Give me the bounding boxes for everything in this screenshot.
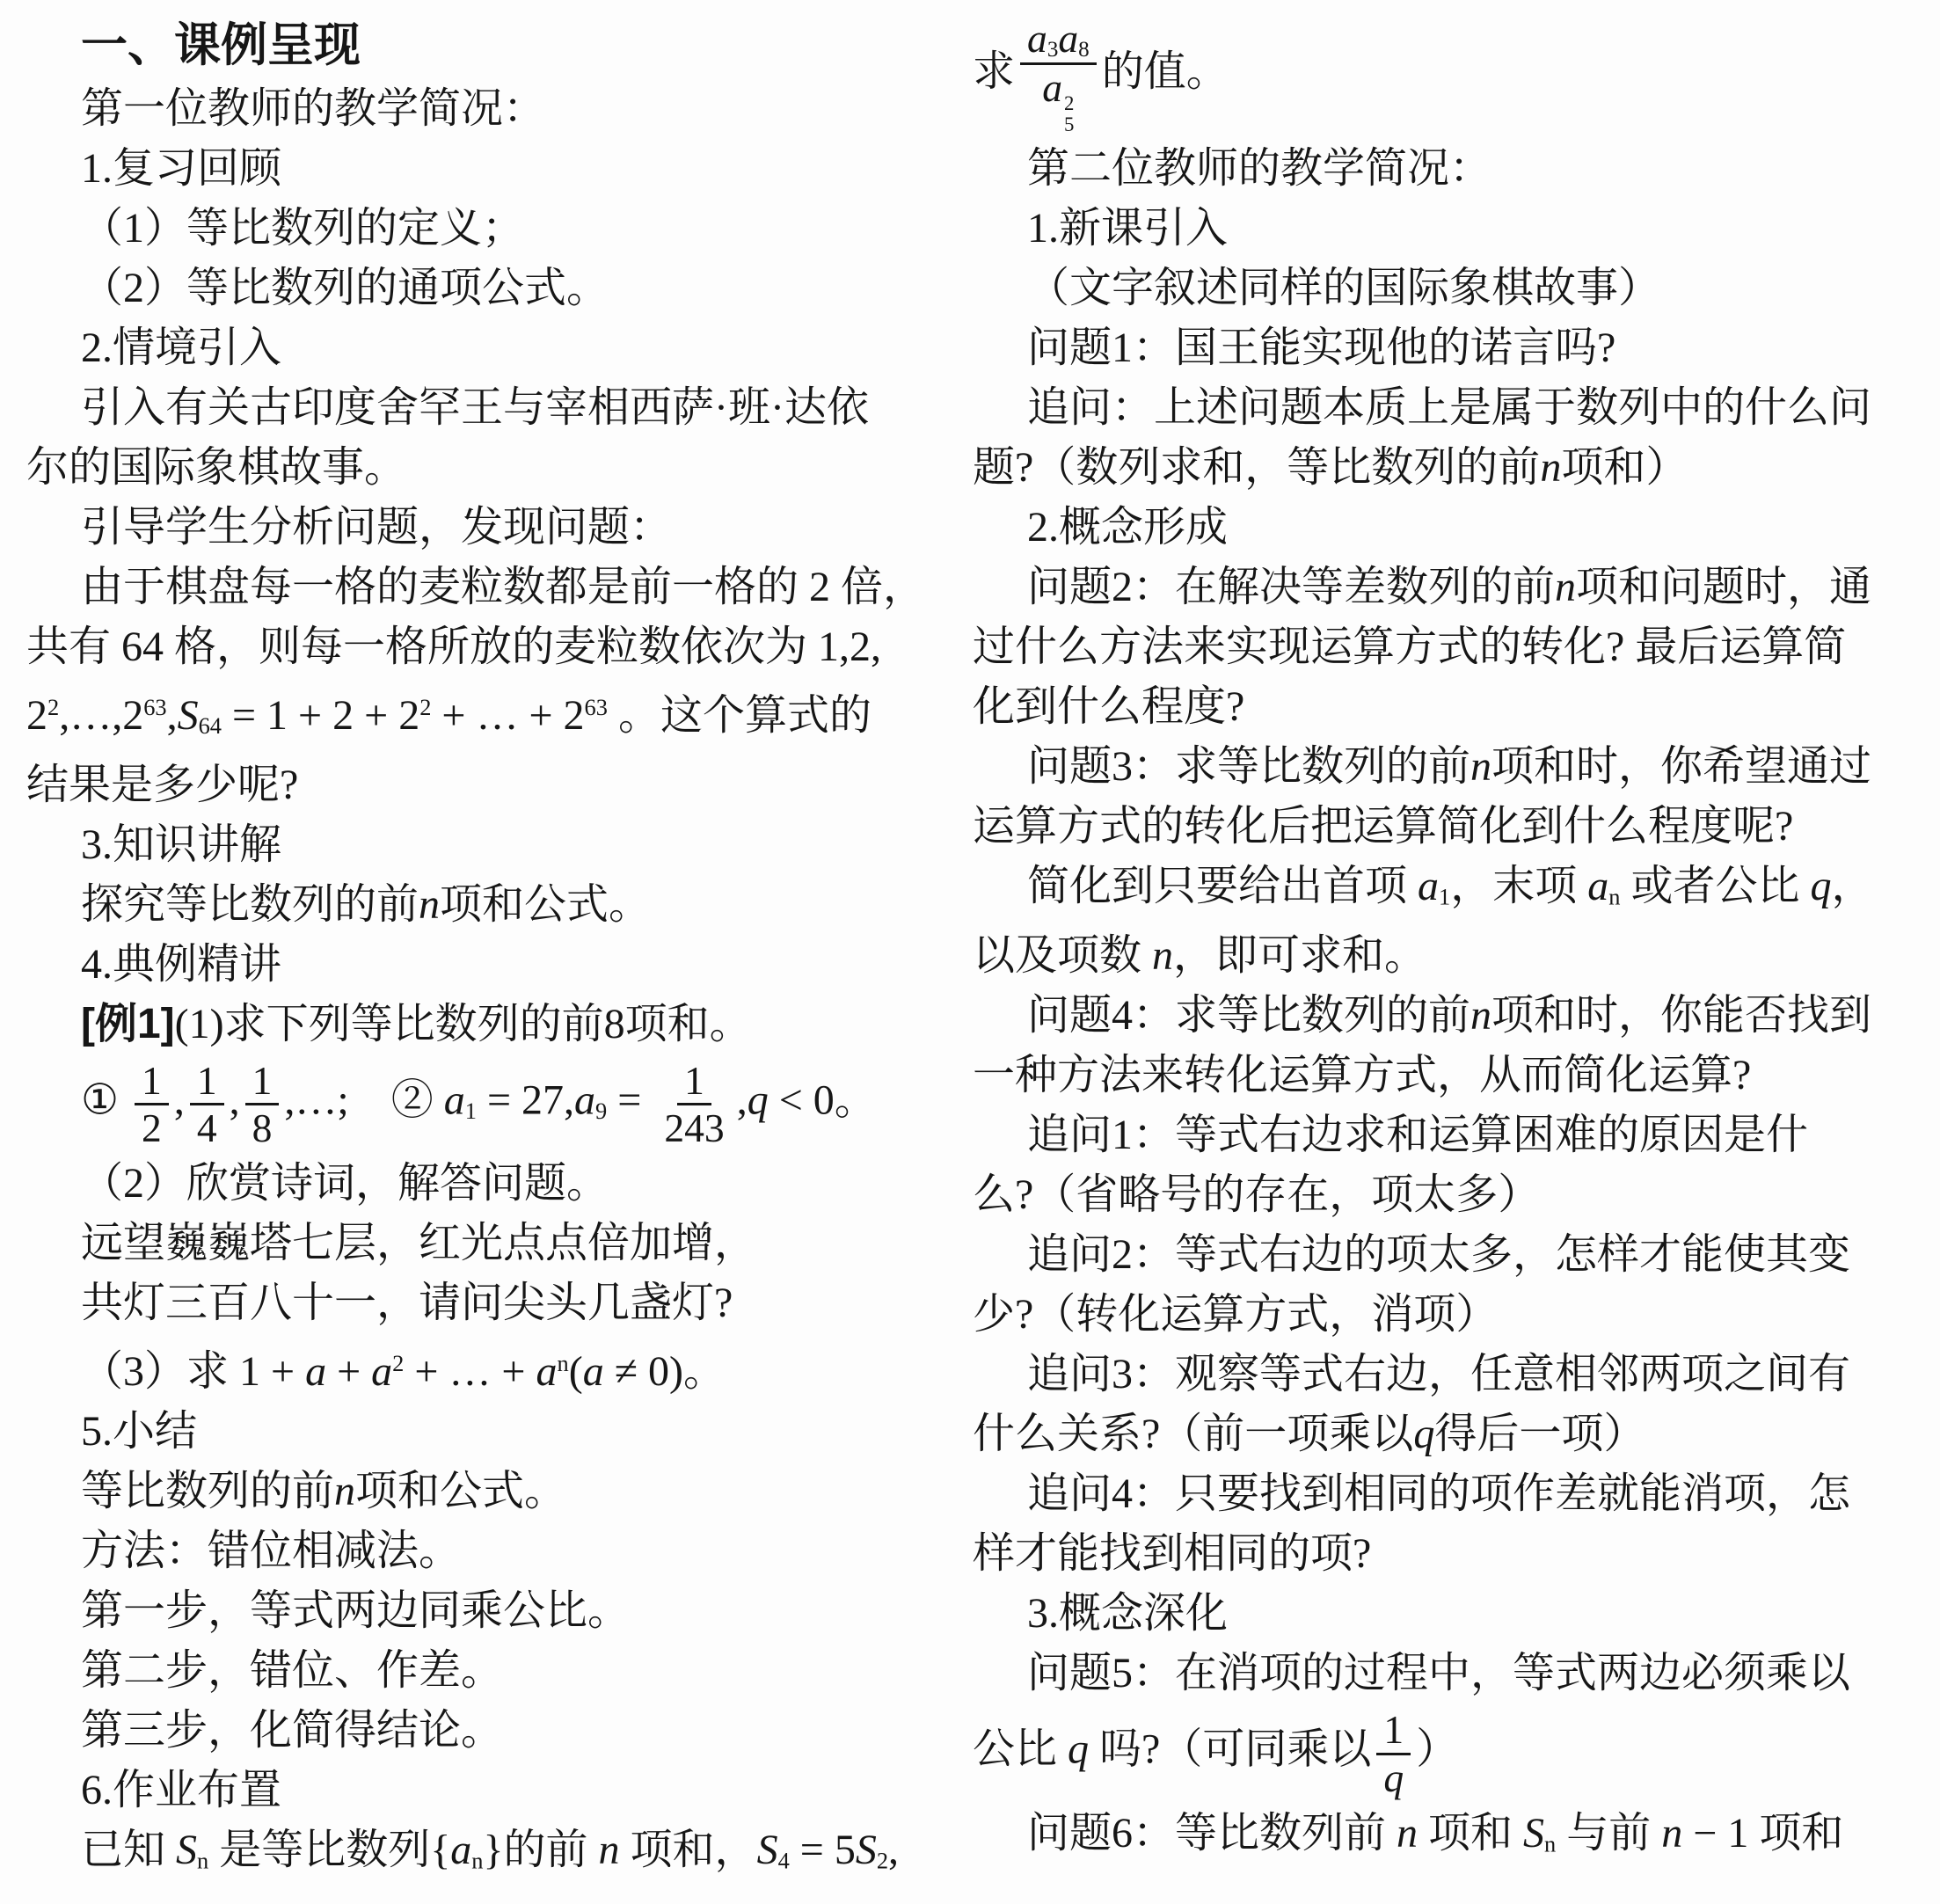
math-variable: a (1027, 16, 1047, 61)
fraction-numerator: 1 (677, 1058, 711, 1105)
fraction-denominator: 8 (245, 1105, 280, 1150)
math-variable: a (583, 1348, 604, 1395)
text-line: 以及项数 n，即可求和。 (973, 926, 1933, 986)
text-run: 1 (684, 1058, 704, 1103)
text-run: 。这个算式的 (608, 692, 872, 739)
text-line: 么?（省略号的存在，项太多） (973, 1165, 1933, 1225)
text-run: 的值。 (1102, 48, 1229, 95)
text-run: ，末项 (1450, 863, 1587, 909)
text-run: 等比数列的前 (81, 1468, 334, 1514)
text-line: 引入有关古印度舍罕王与宰相西萨·班·达依 (26, 378, 948, 438)
text-run: < 0。 (769, 1077, 877, 1124)
text-run: 第一位教师的教学简况： (81, 85, 545, 132)
text-line: 问题4：求等比数列的前n项和时，你能否找到 (973, 986, 1933, 1046)
text-run: （2）等比数列的通项公式。 (81, 265, 609, 311)
text-line: （2）欣赏诗词，解答问题。 (26, 1154, 948, 1214)
text-run: = 5 (790, 1827, 856, 1873)
math-variable: a (371, 1348, 392, 1395)
text-run: 项和时，你希望通过 (1491, 743, 1871, 790)
text-run: } (483, 1827, 503, 1873)
text-run: 8 (252, 1105, 273, 1150)
math-variable: n (1470, 743, 1491, 790)
text-line: 问题6：等比数列前 n 项和 Sn 与前 n − 1 项和 (973, 1804, 1933, 1873)
math-variable: n (419, 881, 440, 928)
text-line: 化到什么程度? (973, 677, 1933, 737)
superscript: n (558, 1350, 569, 1376)
text-line: [例1](1)求下列等比数列的前8项和。 (26, 995, 948, 1054)
text-run: 第二位教师的教学简况： (1027, 145, 1491, 192)
text-line: 少?（转化运算方式，消项） (973, 1285, 1933, 1345)
text-run: 追问：上述问题本质上是属于数列中的什么问 (1027, 384, 1871, 431)
text-run: 一种方法来转化运算方式，从而简化运算? (973, 1052, 1751, 1098)
text-run: 探究等比数列的前 (81, 881, 419, 928)
text-run: 以及项数 (973, 932, 1152, 979)
text-run: ① (81, 1077, 129, 1124)
text-line: 过什么方法来实现运算方式的转化? 最后运算简 (973, 617, 1933, 677)
text-line: 第二步，错位、作差。 (26, 1641, 948, 1701)
text-run: 3.概念深化 (1027, 1590, 1228, 1637)
subscript: 2 (877, 1847, 888, 1873)
text-run: 243 (664, 1105, 724, 1150)
text-run: 样才能找到相同的项? (973, 1530, 1371, 1577)
text-line: 第二位教师的教学简况： (973, 139, 1933, 199)
superscript: 2 (419, 694, 431, 720)
fraction: 1q (1376, 1707, 1411, 1799)
math-variable: n (1555, 564, 1576, 610)
math-variable: n (599, 1827, 620, 1873)
math-variable: S (1523, 1810, 1544, 1857)
text-run: 第二步，错位、作差。 (81, 1647, 503, 1694)
fraction: 12 (135, 1058, 169, 1150)
text-run: 4 (197, 1105, 217, 1150)
text-line: 简化到只要给出首项 a1，末项 an 或者公比 q， (973, 857, 1933, 926)
section-heading: 一、课例呈现 (26, 12, 948, 79)
text-run: （文字叙述同样的国际象棋故事） (1027, 265, 1660, 311)
text-run: 么?（省略号的存在，项太多） (973, 1171, 1540, 1218)
superscript: 63 (143, 694, 166, 720)
math-variable: S (757, 1827, 778, 1873)
subscript: n (197, 1847, 208, 1873)
math-variable: q (1413, 1411, 1434, 1457)
text-line: 由于棋盘每一格的麦粒数都是前一格的 2 倍， (26, 558, 948, 617)
text-run: 方法：错位相减法。 (81, 1528, 461, 1574)
subscript: 9 (595, 1098, 607, 1124)
text-run: 引入有关古印度舍罕王与宰相西萨·班·达依 (81, 384, 869, 431)
text-line: 公比 q 吗?（可同乘以1q） (973, 1703, 1933, 1803)
text-run: 2 (26, 692, 47, 739)
subscript: n (471, 1847, 483, 1873)
text-line: 6.作业布置 (26, 1761, 948, 1820)
text-run: （3）求 1 + (81, 1348, 305, 1395)
text-line: 方法：错位相减法。 (26, 1521, 948, 1581)
text-run: 吗?（可同乘以 (1089, 1726, 1371, 1773)
text-run: 1.复习回顾 (81, 145, 281, 192)
text-run: 3.知识讲解 (81, 821, 281, 868)
text-line: 已知 Sn 是等比数列{an}的前 n 项和，S4 = 5S2, (26, 1820, 948, 1890)
text-line: 3.知识讲解 (26, 815, 948, 875)
text-run: 项和公式。 (440, 881, 651, 928)
text-line: 第一位教师的教学简况： (26, 79, 948, 139)
math-variable: a (305, 1348, 326, 1395)
text-line: ① 12,14,18,…; ② a1 = 27,a9 = 1243,q < 0。 (26, 1054, 948, 1154)
text-run: 项和时，你能否找到 (1491, 992, 1871, 1039)
text-run: 求 (973, 48, 1015, 95)
text-run: 1 (197, 1058, 217, 1103)
text-line: 尔的国际象棋故事。 (26, 438, 948, 498)
text-run: （1）等比数列的定义； (81, 205, 524, 252)
text-line: 题?（数列求和，等比数列的前n项和） (973, 438, 1933, 498)
fraction-numerator: 1 (1376, 1707, 1411, 1754)
text-run: ,…,2 (59, 692, 143, 739)
math-variable: q (748, 1077, 769, 1124)
text-run: 公比 (973, 1726, 1068, 1773)
math-variable: q (1810, 863, 1831, 909)
math-variable: n (1661, 1810, 1682, 1857)
bold-run: [例1] (81, 1001, 175, 1047)
subscript: 1 (1439, 883, 1450, 909)
text-run: 追问3：观察等式右边，任意相邻两项之间有 (1027, 1351, 1850, 1397)
text-run: 追问2：等式右边的项太多，怎样才能使其变 (1027, 1231, 1850, 1278)
text-line: 问题3：求等比数列的前n项和时，你希望通过 (973, 737, 1933, 797)
math-variable: a (450, 1827, 471, 1873)
text-line: 问题1：国王能实现他的诺言吗? (973, 318, 1933, 378)
text-line: 等比数列的前n项和公式。 (26, 1462, 948, 1521)
text-line: 第三步，化简得结论。 (26, 1701, 948, 1761)
text-run: 化到什么程度? (973, 683, 1244, 730)
text-run: 追问1：等式右边求和运算困难的原因是什 (1027, 1112, 1808, 1158)
text-run: 第一步，等式两边同乘公比。 (81, 1587, 630, 1634)
text-line: 追问：上述问题本质上是属于数列中的什么问 (973, 378, 1933, 438)
fraction: 14 (190, 1058, 224, 1150)
math-variable: a (574, 1077, 595, 1124)
text-run: 引导学生分析问题，发现问题： (81, 504, 672, 551)
text-run: 项和， (620, 1827, 757, 1873)
text-run: + … + (404, 1348, 536, 1395)
text-run: 1 (1383, 1707, 1404, 1752)
text-run: 什么关系?（前一项乘以 (973, 1411, 1413, 1457)
left-column: 一、课例呈现第一位教师的教学简况：1.复习回顾（1）等比数列的定义；（2）等比数… (26, 12, 948, 1890)
text-run: 运算方式的转化后把运算简化到什么程度呢? (973, 803, 1793, 850)
fraction-numerator: 1 (190, 1058, 224, 1105)
text-run: 2.概念形成 (1027, 504, 1228, 551)
text-line: 运算方式的转化后把运算简化到什么程度呢? (973, 797, 1933, 857)
text-line: 追问1：等式右边求和运算困难的原因是什 (973, 1105, 1933, 1165)
text-line: （2）等比数列的通项公式。 (26, 259, 948, 318)
math-variable: a (1587, 863, 1608, 909)
fraction: a3a8a25 (1020, 16, 1097, 135)
text-run: 的前 (504, 1827, 599, 1873)
text-line: 共灯三百八十一，请问尖头几盏灯? (26, 1273, 948, 1333)
text-line: 3.概念深化 (973, 1584, 1933, 1644)
subscript: 1 (465, 1098, 477, 1124)
text-run: ， (1831, 863, 1873, 909)
text-line: 2.概念形成 (973, 498, 1933, 558)
text-line: 问题5：在消项的过程中，等式两边必须乘以 (973, 1644, 1933, 1703)
text-run: 项和） (1561, 444, 1688, 491)
text-line: 1.新课引入 (973, 199, 1933, 259)
fraction-denominator: 243 (657, 1105, 731, 1150)
text-run: 问题5：在消项的过程中，等式两边必须乘以 (1027, 1650, 1850, 1696)
text-run: , (174, 1077, 185, 1124)
text-line: 共有 64 格，则每一格所放的麦粒数依次为 1,2, (26, 617, 948, 677)
text-line: 22,…,263,S64 = 1 + 2 + 22 + … + 263 。这个算… (26, 677, 948, 755)
text-run: 是等比数列 (208, 1827, 430, 1873)
sub-sup-stack: 25 (1064, 93, 1074, 135)
subscript: 4 (778, 1847, 790, 1873)
text-run: 项和 (1418, 1810, 1523, 1857)
fraction-numerator: 1 (245, 1058, 280, 1105)
math-variable: n (334, 1468, 355, 1514)
right-column: 求a3a8a25的值。第二位教师的教学简况：1.新课引入（文字叙述同样的国际象棋… (973, 12, 1933, 1890)
math-variable: n (1470, 992, 1491, 1039)
text-run: 5.小结 (81, 1408, 197, 1455)
math-variable: S (176, 1827, 197, 1873)
text-run: 题?（数列求和，等比数列的前 (973, 444, 1540, 491)
text-line: 结果是多少呢? (26, 755, 948, 815)
text-run: 2.情境引入 (81, 325, 281, 371)
bold-run: 一、课例呈现 (81, 19, 361, 71)
text-line: 第一步，等式两边同乘公比。 (26, 1581, 948, 1641)
text-run: + (326, 1348, 371, 1395)
math-variable: n (1152, 932, 1173, 979)
text-line: 4.典例精讲 (26, 935, 948, 995)
superscript: 2 (47, 694, 59, 720)
fraction-denominator: 4 (190, 1105, 224, 1150)
text-run: 项和问题时，通 (1576, 564, 1871, 610)
text-run: 问题2：在解决等差数列的前 (1027, 564, 1555, 610)
text-run: , (230, 1077, 240, 1124)
text-run: 2 (142, 1105, 162, 1150)
text-run: 尔的国际象棋故事。 (26, 444, 406, 491)
fraction-denominator: q (1376, 1755, 1411, 1800)
superscript: 2 (392, 1350, 404, 1376)
fraction-numerator: 1 (135, 1058, 169, 1105)
text-run: 6.作业布置 (81, 1767, 281, 1813)
text-run: , (888, 1827, 899, 1873)
text-run: （2）欣赏诗词，解答问题。 (81, 1160, 609, 1207)
text-run: 已知 (81, 1827, 176, 1873)
text-run: 共有 64 格，则每一格所放的麦粒数依次为 1,2, (26, 624, 881, 670)
page-body: 一、课例呈现第一位教师的教学简况：1.复习回顾（1）等比数列的定义；（2）等比数… (0, 0, 1940, 1890)
text-run: 由于棋盘每一格的麦粒数都是前一格的 2 倍， (81, 564, 925, 610)
text-line: 探究等比数列的前n项和公式。 (26, 875, 948, 935)
text-line: 样才能找到相同的项? (973, 1524, 1933, 1584)
text-line: 什么关系?（前一项乘以q得后一项） (973, 1404, 1933, 1464)
text-line: 问题2：在解决等差数列的前n项和问题时，通 (973, 558, 1933, 617)
text-run: = 1 + 2 + 2 (222, 692, 419, 739)
math-variable: a (1042, 65, 1062, 110)
text-line: 引导学生分析问题，发现问题： (26, 498, 948, 558)
math-variable: n (1397, 1810, 1418, 1857)
text-line: 追问3：观察等式右边，任意相邻两项之间有 (973, 1345, 1933, 1404)
text-run: , (167, 692, 178, 739)
text-line: （1）等比数列的定义； (26, 199, 948, 259)
text-run: ≠ 0)。 (604, 1348, 726, 1395)
math-variable: n (1540, 444, 1561, 491)
text-line: 远望巍巍塔七层，红光点点倍加增， (26, 1214, 948, 1273)
text-run: 共灯三百八十一，请问尖头几盏灯? (81, 1280, 733, 1326)
subscript: 8 (1078, 38, 1090, 62)
text-run: 追问4：只要找到相同的项作差就能消项，怎 (1027, 1470, 1850, 1517)
fraction: 1243 (657, 1058, 731, 1150)
text-run: 第三步，化简得结论。 (81, 1707, 503, 1754)
text-run: 项和公式。 (355, 1468, 566, 1514)
text-run: = 27, (477, 1077, 574, 1124)
text-run: 过什么方法来实现运算方式的转化? 最后运算简 (973, 624, 1846, 670)
subscript: 3 (1047, 38, 1059, 62)
fraction-denominator: a25 (1035, 65, 1081, 135)
subscript: n (1544, 1830, 1556, 1857)
text-line: 追问4：只要找到相同的项作差就能消项，怎 (973, 1464, 1933, 1524)
text-run: 或者公比 (1620, 863, 1810, 909)
text-run: 1.新课引入 (1027, 205, 1228, 252)
fraction: 18 (245, 1058, 280, 1150)
text-run: ，即可求和。 (1173, 932, 1426, 979)
math-variable: q (1383, 1755, 1404, 1800)
text-line: （文字叙述同样的国际象棋故事） (973, 259, 1933, 318)
math-variable: a (444, 1077, 465, 1124)
fraction-numerator: a3a8 (1020, 16, 1097, 65)
text-line: 5.小结 (26, 1402, 948, 1462)
text-line: 一种方法来转化运算方式，从而简化运算? (973, 1046, 1933, 1105)
fraction-denominator: 2 (135, 1105, 169, 1150)
text-run: − 1 项和 (1682, 1810, 1843, 1857)
math-variable: a (536, 1348, 558, 1395)
text-run: + … + 2 (431, 692, 584, 739)
text-line: 追问2：等式右边的项太多，怎样才能使其变 (973, 1225, 1933, 1285)
math-variable: a (1058, 16, 1078, 61)
text-run: ,…; ② (284, 1077, 443, 1124)
text-run: 与前 (1556, 1810, 1661, 1857)
text-line: 求a3a8a25的值。 (973, 12, 1933, 139)
math-variable: S (856, 1827, 877, 1873)
math-variable: S (178, 692, 199, 739)
text-run: 问题4：求等比数列的前 (1027, 992, 1470, 1039)
text-run: 问题6：等比数列前 (1027, 1810, 1397, 1857)
text-run: 少?（转化运算方式，消项） (973, 1291, 1498, 1338)
text-run: ） (1416, 1726, 1458, 1773)
text-run: 得后一项） (1434, 1411, 1645, 1457)
text-line: 1.复习回顾 (26, 139, 948, 199)
superscript: 63 (585, 694, 608, 720)
text-run: 问题1：国王能实现他的诺言吗? (1027, 325, 1615, 371)
text-run: { (430, 1827, 450, 1873)
text-run: 1 (142, 1058, 162, 1103)
text-run: 问题3：求等比数列的前 (1027, 743, 1470, 790)
text-run: = (607, 1077, 652, 1124)
math-variable: q (1068, 1726, 1089, 1773)
text-line: （3）求 1 + a + a2 + … + an(a ≠ 0)。 (26, 1333, 948, 1402)
text-run: 简化到只要给出首项 (1027, 863, 1418, 909)
subscript: n (1608, 883, 1620, 909)
math-variable: a (1418, 863, 1439, 909)
text-run: (1)求下列等比数列的前8项和。 (175, 1001, 752, 1047)
text-run: 1 (252, 1058, 273, 1103)
text-line: 2.情境引入 (26, 318, 948, 378)
scanned-paper-page: { "page": { "background": "#fdfdfd", "te… (0, 0, 1940, 1904)
text-run: 4.典例精讲 (81, 941, 281, 988)
text-run: ( (569, 1348, 583, 1395)
text-run: 远望巍巍塔七层，红光点点倍加增， (81, 1220, 756, 1266)
text-run: , (737, 1077, 748, 1124)
subscript: 64 (199, 712, 222, 739)
text-run: 结果是多少呢? (26, 762, 298, 808)
